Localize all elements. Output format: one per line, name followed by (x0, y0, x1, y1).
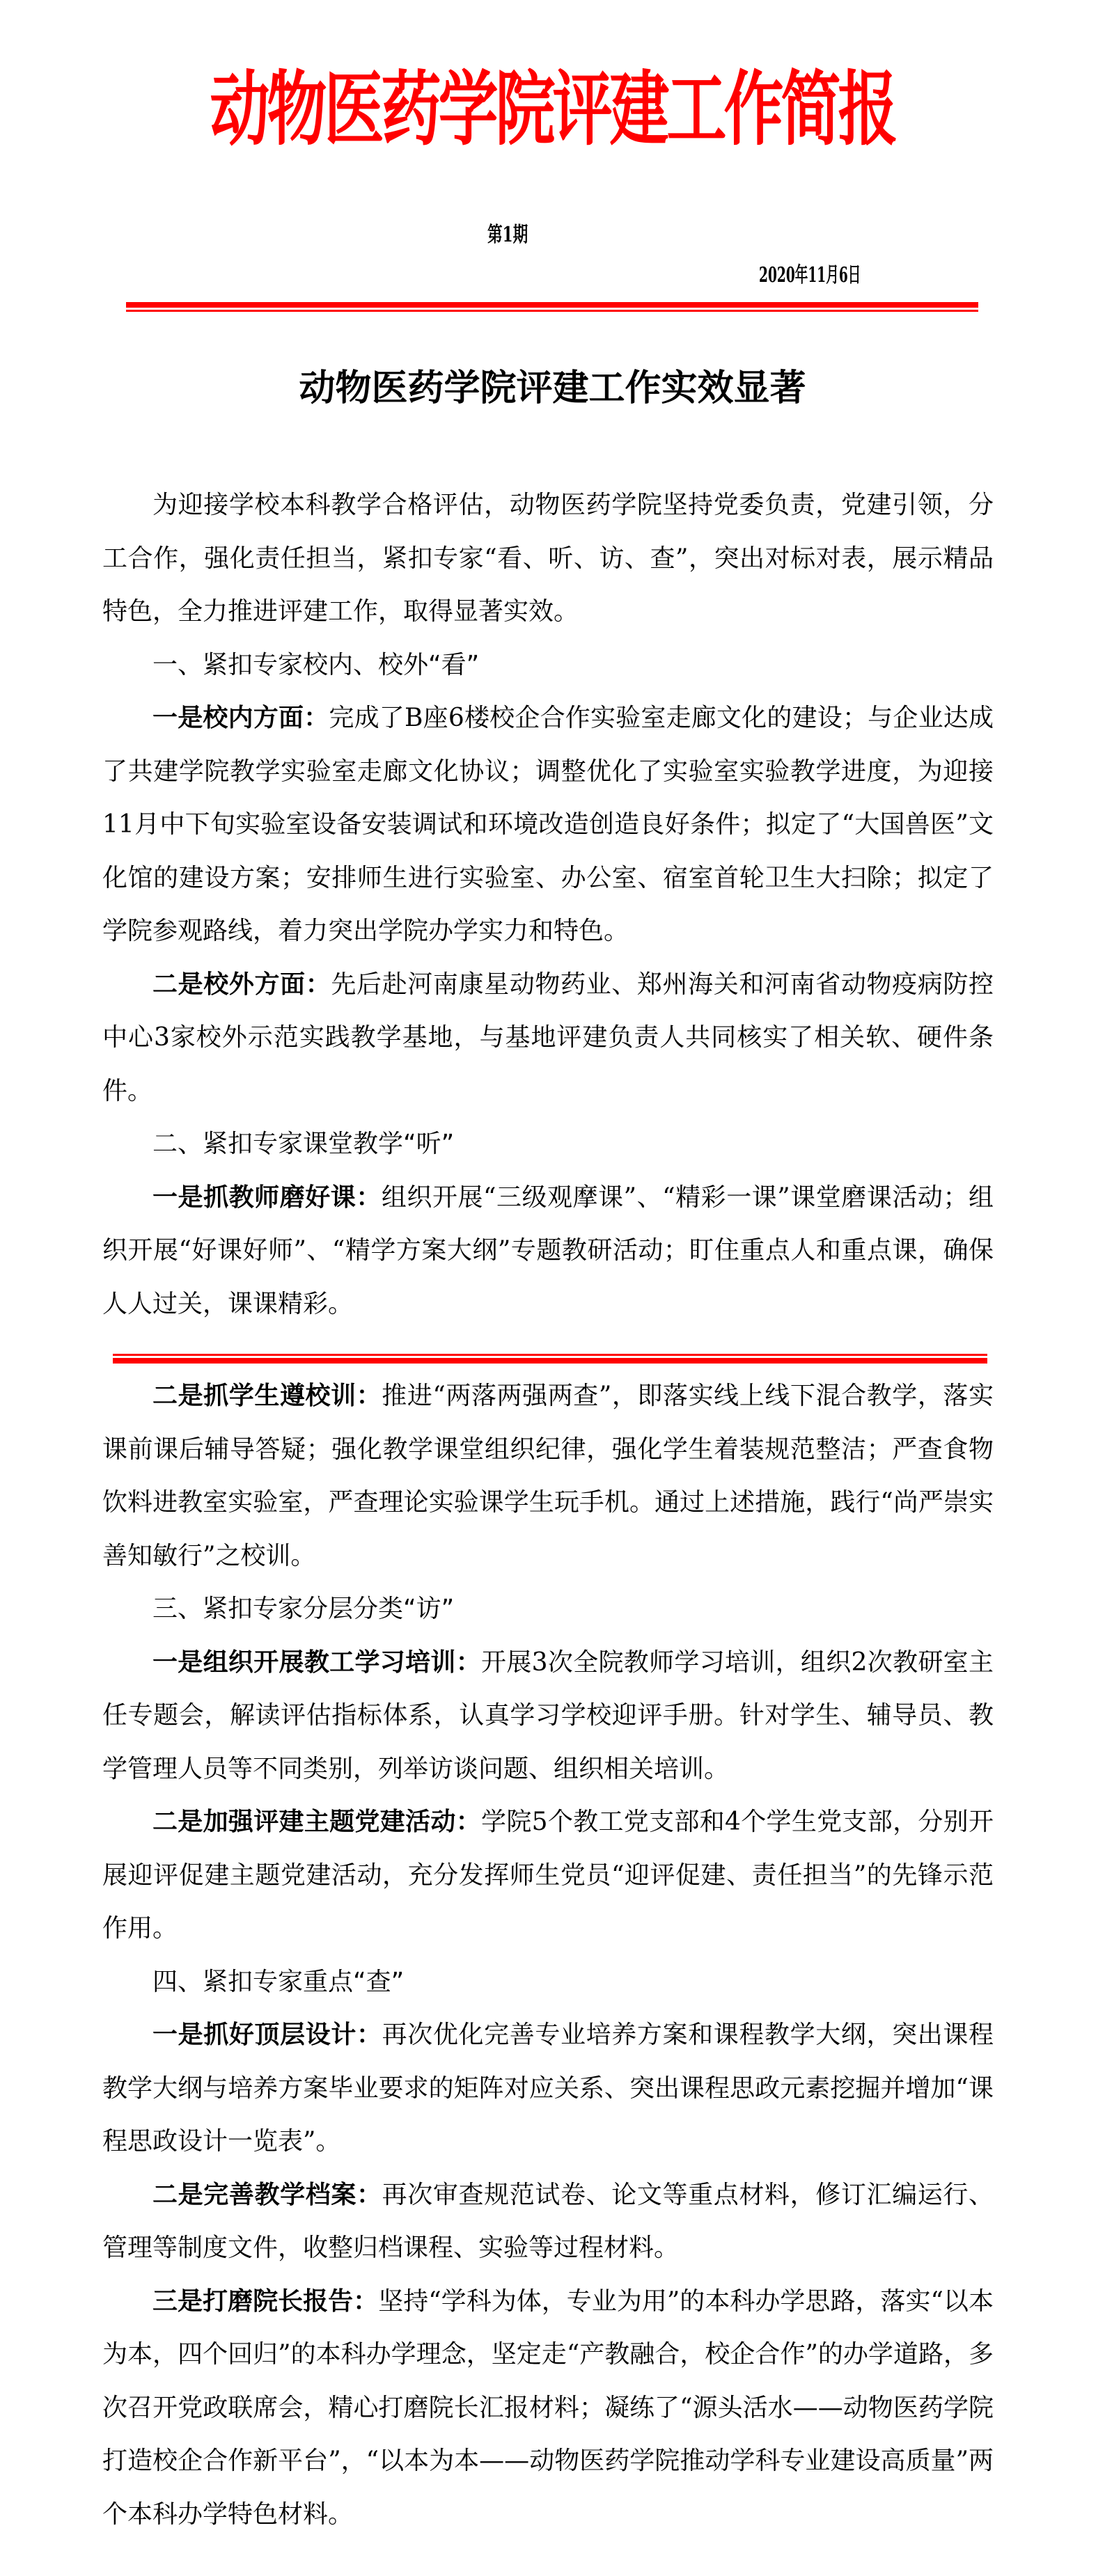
intro-paragraph: 为迎接学校本科教学合格评估，动物医药学院坚持党委负责，党建引领，分工合作，强化责… (102, 479, 994, 639)
divider-thin-line (113, 1354, 987, 1356)
issue-number: 第1期 (487, 221, 528, 249)
paragraph-text: 完成了B座6楼校企合作实验室走廊文化的建设；与企业达成了共建学院教学实验室走廊文… (102, 704, 994, 945)
paragraph-lead: 一是组织开展教工学习培训： (152, 1648, 481, 1677)
divider-thick-line (113, 1358, 987, 1364)
paragraph-lead: 三是打磨院长报告： (152, 2287, 378, 2316)
article-title: 动物医药学院评建工作实效显著 (0, 361, 1105, 416)
page-divider (113, 1354, 987, 1364)
paragraph-text: 坚持“学科为体，专业为用”的本科办学思路，落实“以本为本，四个回归”的本科办学理… (102, 2287, 994, 2529)
paragraph: 二是加强评建主题党建活动：学院5个教工党支部和4个学生党支部，分别开展迎评促建主… (102, 1796, 994, 1956)
paragraph-lead: 二是加强评建主题党建活动： (152, 1808, 481, 1836)
section-heading-look: 一、紧扣专家校内、校外“看” (102, 639, 994, 693)
section-heading-check: 四、紧扣专家重点“查” (102, 1956, 994, 2009)
masthead-title: 动物医药学院评建工作简报 (0, 45, 1105, 176)
divider-thin-line (126, 310, 978, 312)
paragraph-lead: 一是抓好顶层设计： (152, 2021, 382, 2049)
paragraph: 二是校外方面：先后赴河南康星动物药业、郑州海关和河南省动物疫病防控中心3家校外示… (102, 958, 994, 1119)
paragraph: 三是打磨院长报告：坚持“学科为体，专业为用”的本科办学思路，落实“以本为本，四个… (102, 2275, 994, 2542)
paragraph-lead: 一是抓教师磨好课： (152, 1183, 382, 1212)
article-body-page2: 二是抓学生遵校训：推进“两落两强两查”，即落实线上线下混合教学，落实课前课后辅导… (102, 1370, 994, 2541)
paragraph: 一是组织开展教工学习培训：开展3次全院教师学习培训，组织2次教研室主任专题会，解… (102, 1636, 994, 1796)
paragraph: 一是抓好顶层设计：再次优化完善专业培养方案和课程教学大纲，突出课程教学大纲与培养… (102, 2009, 994, 2169)
paragraph: 一是校内方面：完成了B座6楼校企合作实验室走廊文化的建设；与企业达成了共建学院教… (102, 692, 994, 958)
divider-thick-line (126, 302, 978, 308)
masthead-divider (126, 302, 978, 312)
paragraph-lead: 二是完善教学档案： (152, 2181, 382, 2209)
section-heading-visit: 三、紧扣专家分层分类“访” (102, 1583, 994, 1636)
paragraph: 二是抓学生遵校训：推进“两落两强两查”，即落实线上线下混合教学，落实课前课后辅导… (102, 1370, 994, 1583)
paragraph-lead: 一是校内方面： (152, 704, 329, 732)
issue-date: 2020年11月6日 (759, 262, 861, 290)
paragraph-lead: 二是抓学生遵校训： (152, 1382, 382, 1410)
paragraph: 二是完善教学档案：再次审查规范试卷、论文等重点材料，修订汇编运行、管理等制度文件… (102, 2169, 994, 2275)
article-body-page1: 为迎接学校本科教学合格评估，动物医药学院坚持党委负责，党建引领，分工合作，强化责… (102, 479, 994, 1331)
section-heading-listen: 二、紧扣专家课堂教学“听” (102, 1118, 994, 1171)
paragraph-lead: 二是校外方面： (152, 970, 331, 999)
paragraph: 一是抓教师磨好课：组织开展“三级观摩课”、“精彩一课”课堂磨课活动；组织开展“好… (102, 1171, 994, 1332)
